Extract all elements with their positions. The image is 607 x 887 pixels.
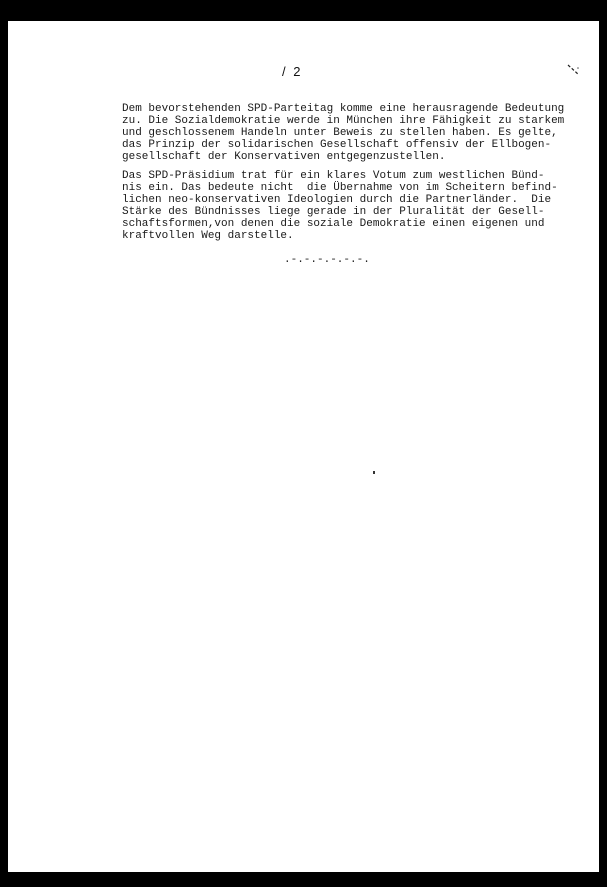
scan-speck [373,471,375,474]
page-number: / 2 [282,64,302,79]
paragraph-party-conference: Dem bevorstehenden SPD-Parteitag komme e… [122,103,582,163]
scan-mark-icon [567,63,581,77]
paragraph-western-alliance: Das SPD-Präsidium trat für ein klares Vo… [122,170,582,242]
section-separator: .-.-.-.-.-.-. [284,254,370,266]
